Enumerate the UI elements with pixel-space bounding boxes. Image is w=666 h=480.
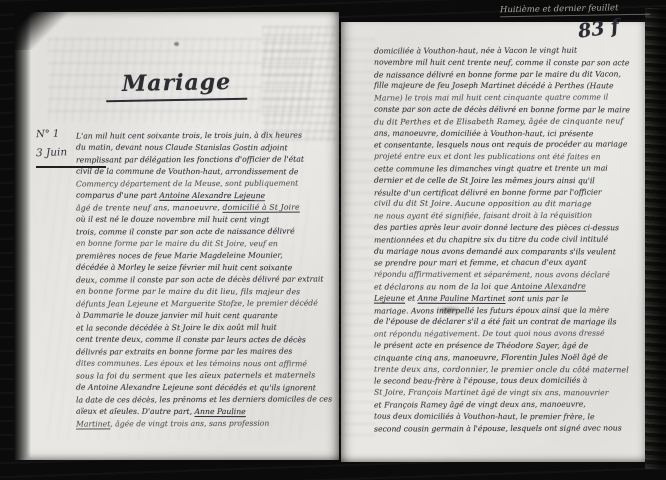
act-title-text: Mariage (106, 69, 248, 102)
manuscript-line: L'an mil huit cent soixante trois, le tr… (76, 129, 332, 142)
manuscript-line: en bonne forme par le maire du dit St Jo… (76, 238, 332, 251)
manuscript-line: dites communes. Les époux et les témoins… (76, 358, 332, 371)
manuscript-line: le second beau-frère à l'épouse, tous de… (374, 375, 630, 388)
manuscript-line: cinquante cinq ans, manoeuvre, Florentin… (374, 351, 630, 364)
manuscript-line: aïeux et aïeules. D'autre part, Anne Pau… (76, 406, 332, 419)
ink-speck (174, 42, 179, 46)
manuscript-line: et François Ramey âgé de vingt deux ans,… (374, 398, 630, 411)
manuscript-line: du dit Perthes et de Elisabeth Ramey, âg… (374, 115, 630, 128)
manuscript-line: civil de la commune de Vouthon-haut, arr… (76, 166, 332, 179)
manuscript-line: la date de ces décès, les prénoms et les… (76, 393, 332, 406)
manuscript-line: domiciliée à Vouthon-haut, née à Vacon l… (374, 44, 630, 57)
manuscript-line: où il est né le douze novembre mil huit … (76, 214, 332, 227)
left-page-manuscript-text: L'an mil huit cent soixante trois, le tr… (76, 130, 332, 430)
manuscript-line: ont répondu négativement. De tout quoi n… (374, 328, 630, 341)
manuscript-line: répondu affirmativement et séparément, n… (374, 269, 630, 281)
manuscript-line: novembre mil huit cent trente neuf, comm… (374, 56, 630, 68)
manuscript-line: deux, comme il conste par son acte de dé… (76, 273, 332, 286)
manuscript-line: trois, comme il conste par son acte de n… (76, 225, 332, 238)
page-corner-shadow (14, 12, 70, 50)
manuscript-line: du matin, devant nous Claude Stanislas G… (76, 142, 332, 155)
manuscript-line: et la seconde décédée à St Joire le dix … (76, 321, 332, 334)
manuscript-line: se prendre pour mari et femme, et chacun… (374, 257, 630, 270)
book-edge-texture (645, 8, 666, 470)
manuscript-line: Commercy département de la Meuse, sont p… (76, 177, 332, 190)
manuscript-line: ne nous ayant été signifiée, faisant dro… (374, 210, 630, 223)
manuscript-line: Martinet, âgée de vingt trois ans, sans … (76, 417, 332, 430)
manuscript-line: âgé de trente neuf ans, manoeuvre, domic… (76, 201, 332, 214)
manuscript-line: comparus d'une part Antoine Alexandre Le… (76, 190, 332, 203)
manuscript-line: décédée à Morley le seize février mil hu… (76, 262, 332, 275)
bleed-through-texture (343, 38, 375, 438)
left-page: Mariage N° 1 3 Juin L'an mil huit cent s… (14, 12, 339, 460)
manuscript-line: à Dammarie le douze janvier mil huit cen… (76, 310, 332, 323)
manuscript-line: dernier et de celle de St Joire les même… (374, 174, 630, 186)
manuscript-line: sous la foi du serment que les aïeux pat… (76, 369, 332, 382)
manuscript-line: de l'épouse de déclarer s'il a été fait … (374, 316, 630, 328)
manuscript-line: en bonne forme par le maire du dit lieu,… (76, 286, 332, 299)
manuscript-line: de Antoine Alexandre Lejeune sont décédé… (76, 382, 332, 395)
manuscript-line: mentionnées et du chapitre six du titre … (374, 233, 630, 246)
manuscript-line: défunts Jean Lejeune et Marguerite Stofz… (76, 297, 332, 310)
header-annotation: Huitième et dernier feuillet (500, 3, 650, 18)
manuscript-line: projeté entre eux et dont les publicatio… (374, 151, 630, 163)
manuscript-line: Lejeune et Anne Pauline Martinet sont un… (374, 292, 630, 304)
manuscript-line: conste par son acte de décès délivré en … (374, 104, 630, 116)
manuscript-line: délivrés par extraits en bonne forme par… (76, 345, 332, 358)
manuscript-line: remplissant par délégation les fonctions… (76, 153, 332, 166)
act-title: Mariage (14, 70, 339, 101)
manuscript-line: second cousin germain à l'épouse, lesque… (374, 422, 630, 435)
manuscript-line: cette commune les dimanches vingt quatre… (374, 162, 630, 175)
scanned-register-photo: Huitième et dernier feuillet Mariage N° … (0, 0, 666, 480)
right-page-manuscript-text: domiciliée à Vouthon-haut, née à Vacon l… (374, 45, 630, 434)
right-page: domiciliée à Vouthon-haut, née à Vacon l… (341, 22, 645, 462)
manuscript-line: Marne) le trois mai mil huit cent cinqua… (374, 92, 630, 105)
manuscript-line: le présent acte en présence de Théodore … (374, 340, 630, 352)
manuscript-line: et déclarons au nom de la loi que Antoin… (374, 280, 630, 293)
manuscript-line: tous deux domiciliés à Vouthon-haut, le … (374, 410, 630, 422)
manuscript-line: premières noces de feue Marie Magdeleine… (76, 249, 332, 262)
manuscript-line: cent trente deux, comme il conste par le… (76, 334, 332, 347)
manuscript-line: St Joire, François Martinet âgé de vingt… (374, 387, 630, 399)
manuscript-line: des parties après leur avoir donné lectu… (374, 222, 630, 234)
